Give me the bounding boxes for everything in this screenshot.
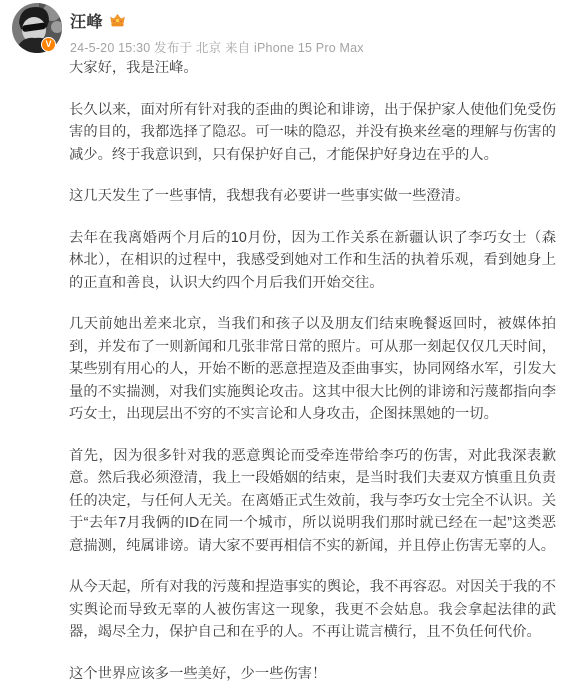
- post-paragraph-media: 几天前她出差来北京，当我们和孩子以及朋友们结束晚餐返回时，被媒体拍到，并发布了一…: [69, 313, 556, 426]
- username-link[interactable]: 汪峰: [70, 9, 103, 32]
- post-body: 大家好，我是汪峰。 长久以来，面对所有针对我的歪曲的舆论和诽谤，出于保护家人使他…: [69, 57, 556, 685]
- header-info: 汪峰 24-5-20 15:30 发布于 北京 来自 iPhone 15 Pro…: [70, 3, 364, 56]
- post-timestamp: 24-5-20 15:30 发布于 北京 来自 iPhone 15 Pro Ma…: [70, 38, 364, 56]
- vip-crown-icon: [109, 13, 126, 28]
- weibo-post-card: V 汪峰 24-5-20 15:30 发布于 北京 来自 iPhone 15 P…: [0, 0, 575, 690]
- post-paragraph-meeting: 去年在我离婚两个月后的10月份，因为工作关系在新疆认识了李巧女士（森林北），在相…: [69, 227, 556, 295]
- post-paragraph-legal: 从今天起，所有对我的污蔑和捏造事实的舆论，我不再容忍。对因关于我的不实舆论而导致…: [69, 576, 556, 644]
- post-paragraph-closing: 这个世界应该多一些美好，少一些伤害！: [69, 663, 556, 686]
- name-row: 汪峰: [70, 9, 364, 32]
- avatar[interactable]: V: [12, 3, 62, 53]
- post-paragraph-clarify-intro: 这几天发生了一些事情，我想我有必要讲一些事实做一些澄清。: [69, 185, 556, 208]
- post-paragraph-greeting: 大家好，我是汪峰。: [69, 57, 556, 80]
- post-paragraph-apology: 首先，因为很多针对我的恶意舆论而受牵连带给李巧的伤害，对此我深表歉意。然后我必须…: [69, 445, 556, 558]
- verified-badge-icon: V: [41, 37, 56, 52]
- post-header: V 汪峰 24-5-20 15:30 发布于 北京 来自 iPhone 15 P…: [12, 3, 364, 56]
- post-paragraph-endurance: 长久以来，面对所有针对我的歪曲的舆论和诽谤，出于保护家人使他们免受伤害的目的，我…: [69, 99, 556, 167]
